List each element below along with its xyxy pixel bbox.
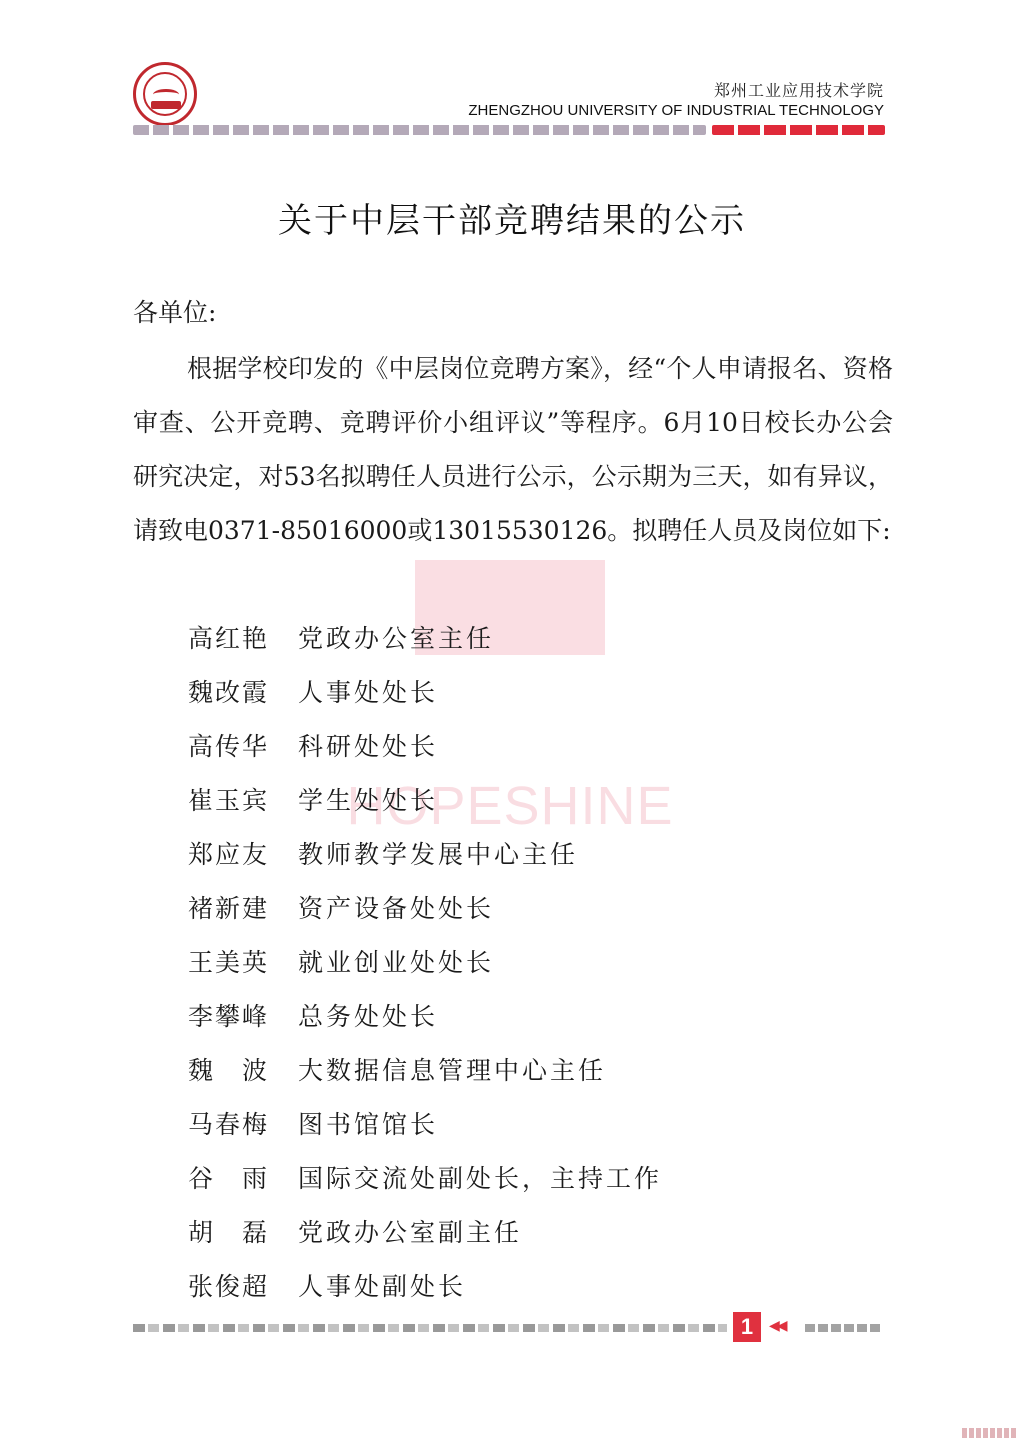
list-item: 崔玉宾学生处处长 bbox=[188, 774, 662, 828]
appointee-position: 人事处副处长 bbox=[298, 1260, 466, 1314]
list-item: 高传华科研处处长 bbox=[188, 720, 662, 774]
list-item: 郑应友教师教学发展中心主任 bbox=[188, 828, 662, 882]
list-item: 马春梅图书馆馆长 bbox=[188, 1098, 662, 1152]
appointee-name: 崔玉宾 bbox=[188, 774, 298, 828]
header-decorative-band bbox=[133, 125, 885, 135]
appointee-position: 科研处处长 bbox=[298, 720, 438, 774]
seal-book-icon bbox=[151, 101, 181, 109]
appointee-name: 高传华 bbox=[188, 720, 298, 774]
salutation: 各单位: bbox=[133, 293, 216, 329]
list-item: 胡 磊党政办公室副主任 bbox=[188, 1206, 662, 1260]
list-item: 王美英就业创业处处长 bbox=[188, 936, 662, 990]
appointee-position: 资产设备处处长 bbox=[298, 882, 494, 936]
list-item: 魏 波大数据信息管理中心主任 bbox=[188, 1044, 662, 1098]
university-name-cn: 郑州工业应用技术学院 bbox=[714, 78, 884, 101]
appointee-name: 胡 磊 bbox=[188, 1206, 298, 1260]
appointee-name: 魏 波 bbox=[188, 1044, 298, 1098]
appointee-name: 褚新建 bbox=[188, 882, 298, 936]
appointee-position: 就业创业处处长 bbox=[298, 936, 494, 990]
appointee-position: 大数据信息管理中心主任 bbox=[298, 1044, 606, 1098]
list-item: 谷 雨国际交流处副处长，主持工作 bbox=[188, 1152, 662, 1206]
list-item: 李攀峰总务处处长 bbox=[188, 990, 662, 1044]
appointee-name: 张俊超 bbox=[188, 1260, 298, 1314]
list-item: 魏改霞人事处处长 bbox=[188, 666, 662, 720]
appointee-position: 党政办公室主任 bbox=[298, 612, 494, 666]
appointee-name: 李攀峰 bbox=[188, 990, 298, 1044]
university-name-en: ZHENGZHOU UNIVERSITY OF INDUSTRIAL TECHN… bbox=[468, 102, 884, 119]
double-arrow-left-icon: ◀◀ bbox=[769, 1318, 785, 1334]
appointee-position: 教师教学发展中心主任 bbox=[298, 828, 578, 882]
appointee-position: 国际交流处副处长，主持工作 bbox=[298, 1152, 662, 1206]
seal-bird-icon bbox=[153, 89, 179, 100]
appointee-position: 党政办公室副主任 bbox=[298, 1206, 522, 1260]
list-item: 张俊超人事处副处长 bbox=[188, 1260, 662, 1314]
list-item: 高红艳党政办公室主任 bbox=[188, 612, 662, 666]
appointee-position: 人事处处长 bbox=[298, 666, 438, 720]
page-footer: 1 ◀◀ bbox=[133, 1318, 885, 1340]
appointee-position: 图书馆馆长 bbox=[298, 1098, 438, 1152]
body-paragraph: 根据学校印发的《中层岗位竞聘方案》，经“个人申请报名、资格审查、公开竞聘、竞聘评… bbox=[133, 342, 893, 558]
appointee-name: 马春梅 bbox=[188, 1098, 298, 1152]
appointee-name: 郑应友 bbox=[188, 828, 298, 882]
appointee-name: 王美英 bbox=[188, 936, 298, 990]
page-number: 1 bbox=[733, 1312, 761, 1342]
document-title: 关于中层干部竞聘结果的公示 bbox=[0, 193, 1024, 242]
appointee-position: 学生处处长 bbox=[298, 774, 438, 828]
appointee-name: 谷 雨 bbox=[188, 1152, 298, 1206]
appointee-list: 高红艳党政办公室主任 魏改霞人事处处长 高传华科研处处长 崔玉宾学生处处长 郑应… bbox=[188, 612, 662, 1314]
footer-decorative-band bbox=[133, 1324, 727, 1332]
university-seal-logo bbox=[133, 62, 197, 126]
corner-stamp-mark bbox=[962, 1428, 1018, 1438]
footer-tail-band bbox=[805, 1324, 883, 1332]
appointee-position: 总务处处长 bbox=[298, 990, 438, 1044]
list-item: 褚新建资产设备处处长 bbox=[188, 882, 662, 936]
appointee-name: 魏改霞 bbox=[188, 666, 298, 720]
appointee-name: 高红艳 bbox=[188, 612, 298, 666]
